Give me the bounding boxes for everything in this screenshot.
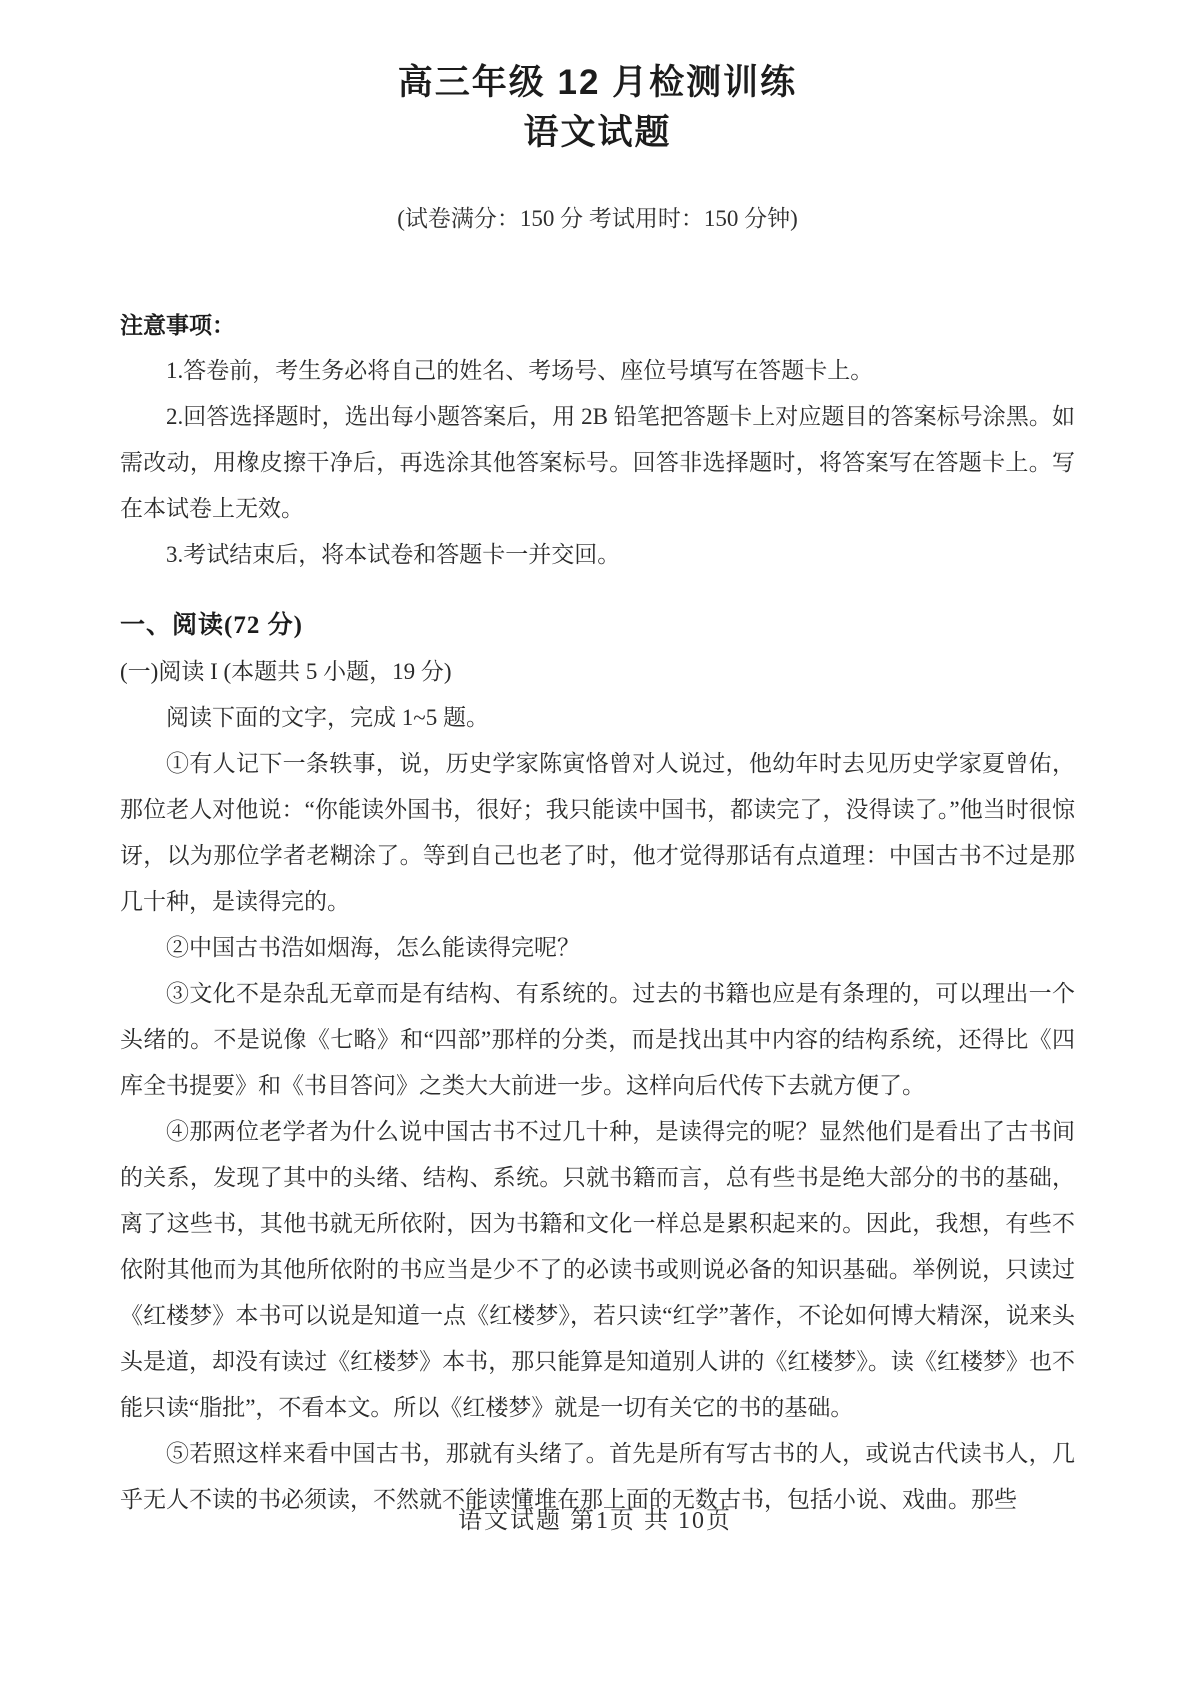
passage-paragraph-4: ④那两位老学者为什么说中国古书不过几十种，是读得完的呢？显然他们是看出了古书间的… [120,1109,1075,1431]
section-heading: 一、阅读(72 分) [120,603,1075,649]
note-item-3: 3.考试结束后，将本试卷和答题卡一并交回。 [120,532,1075,578]
notes-heading: 注意事项： [120,302,1075,348]
passage-paragraph-3: ③文化不是杂乱无章而是有结构、有系统的。过去的书籍也应是有条理的，可以理出一个头… [120,971,1075,1109]
note-item-2: 2.回答选择题时，选出每小题答案后，用 2B 铅笔把答题卡上对应题目的答案标号涂… [120,394,1075,532]
passage-paragraph-2: ②中国古书浩如烟海，怎么能读得完呢？ [120,925,1075,971]
exam-header: 高三年级 12 月检测训练 语文试题 (试卷满分：150 分 考试用时：150 … [120,58,1075,242]
doc-title-line1: 高三年级 12 月检测训练 [120,58,1075,108]
reading-section: 一、阅读(72 分) (一)阅读 I (本题共 5 小题，19 分) 阅读下面的… [120,603,1075,1523]
note-item-1: 1.答卷前，考生务必将自己的姓名、考场号、座位号填写在答题卡上。 [120,348,1075,394]
exam-paper-page: 高三年级 12 月检测训练 语文试题 (试卷满分：150 分 考试用时：150 … [0,0,1190,1684]
page-footer: 语文试题 第1页 共 10页 [0,1506,1190,1536]
notes-section: 注意事项： 1.答卷前，考生务必将自己的姓名、考场号、座位号填写在答题卡上。 2… [120,302,1075,578]
passage-paragraph-1: ①有人记下一条轶事，说，历史学家陈寅恪曾对人说过，他幼年时去见历史学家夏曾佑，那… [120,741,1075,925]
exam-meta: (试卷满分：150 分 考试用时：150 分钟) [120,196,1075,242]
doc-title-line2: 语文试题 [120,108,1075,158]
passage-intro: 阅读下面的文字，完成 1~5 题。 [120,695,1075,741]
subsection-heading: (一)阅读 I (本题共 5 小题，19 分) [120,649,1075,695]
